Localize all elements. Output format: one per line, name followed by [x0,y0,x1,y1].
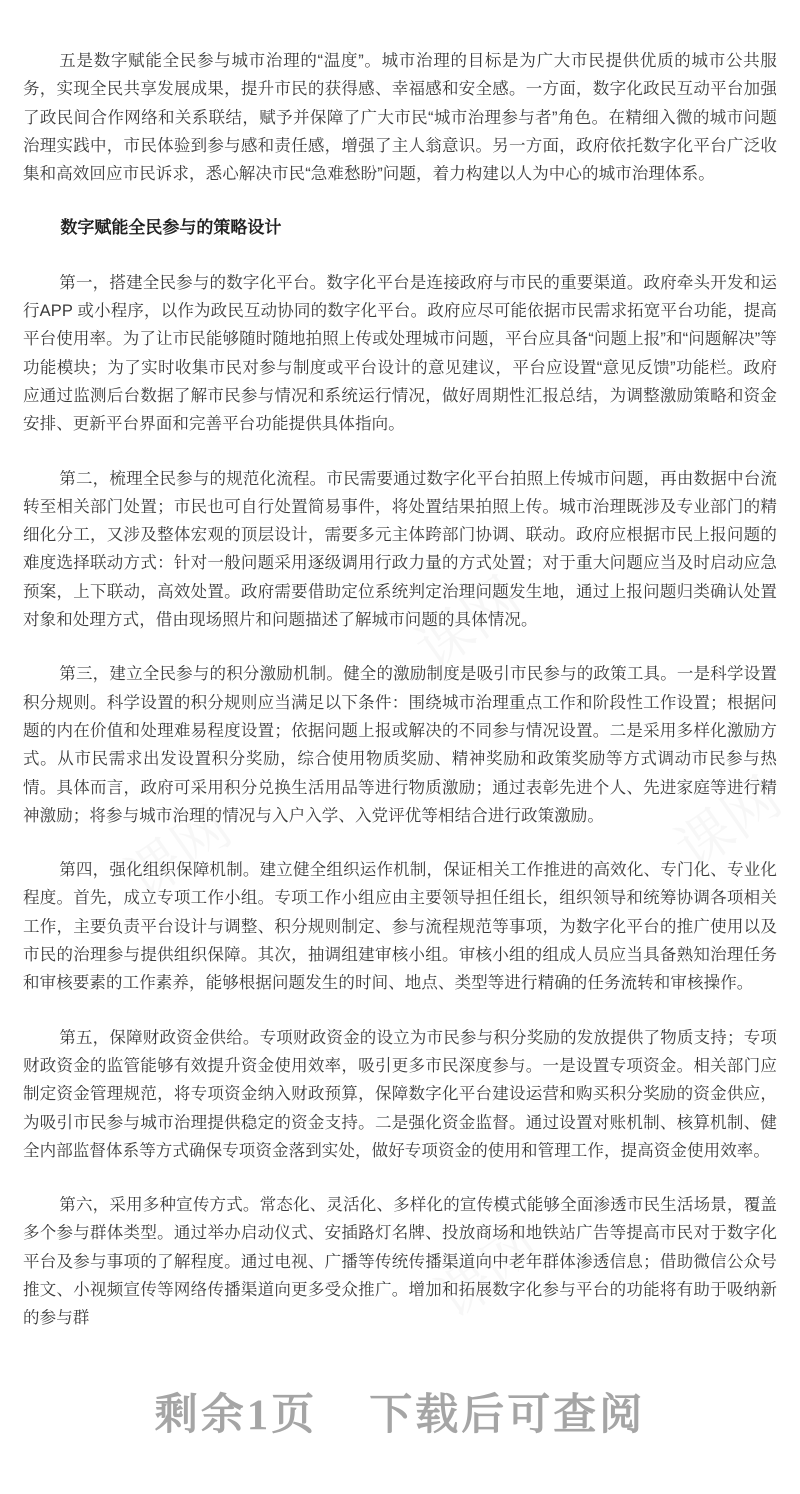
intro-paragraph: 五是数字赋能全民参与城市治理的“温度”。城市治理的目标是为广大市民提供优质的城市… [23,47,777,188]
strategy-paragraph-5: 第五，保障财政资金供给。专项财政资金的设立为市民参与积分奖励的发放提供了物质支持… [23,1024,777,1165]
strategy-paragraph-1: 第一，搭建全民参与的数字化平台。数字化平台是连接政府与市民的重要渠道。政府牵头开… [23,269,777,439]
strategy-paragraph-3: 第三，建立全民参与的积分激励机制。健全的激励制度是吸引市民参与的政策工具。一是科… [23,660,777,830]
document-page: 五是数字赋能全民参与城市治理的“温度”。城市治理的目标是为广大市民提供优质的城市… [23,0,777,1333]
remaining-pages-banner: 剩余1页下载后可查阅 [0,1381,800,1442]
strategy-paragraph-6-truncated: 第六，采用多种宣传方式。常态化、灵活化、多样化的宣传模式能够全面渗透市民生活场景… [23,1191,777,1332]
download-hint-label: 下载后可查阅 [369,1392,645,1439]
strategy-paragraph-4: 第四，强化组织保障机制。建立健全组织运作机制，保证相关工作推进的高效化、专门化、… [23,856,777,997]
remaining-pages-label: 剩余1页 [155,1392,318,1439]
section-heading: 数字赋能全民参与的策略设计 [23,214,777,242]
strategy-paragraph-2: 第二，梳理全民参与的规范化流程。市民需要通过数字化平台拍照上传城市问题，再由数据… [23,465,777,635]
